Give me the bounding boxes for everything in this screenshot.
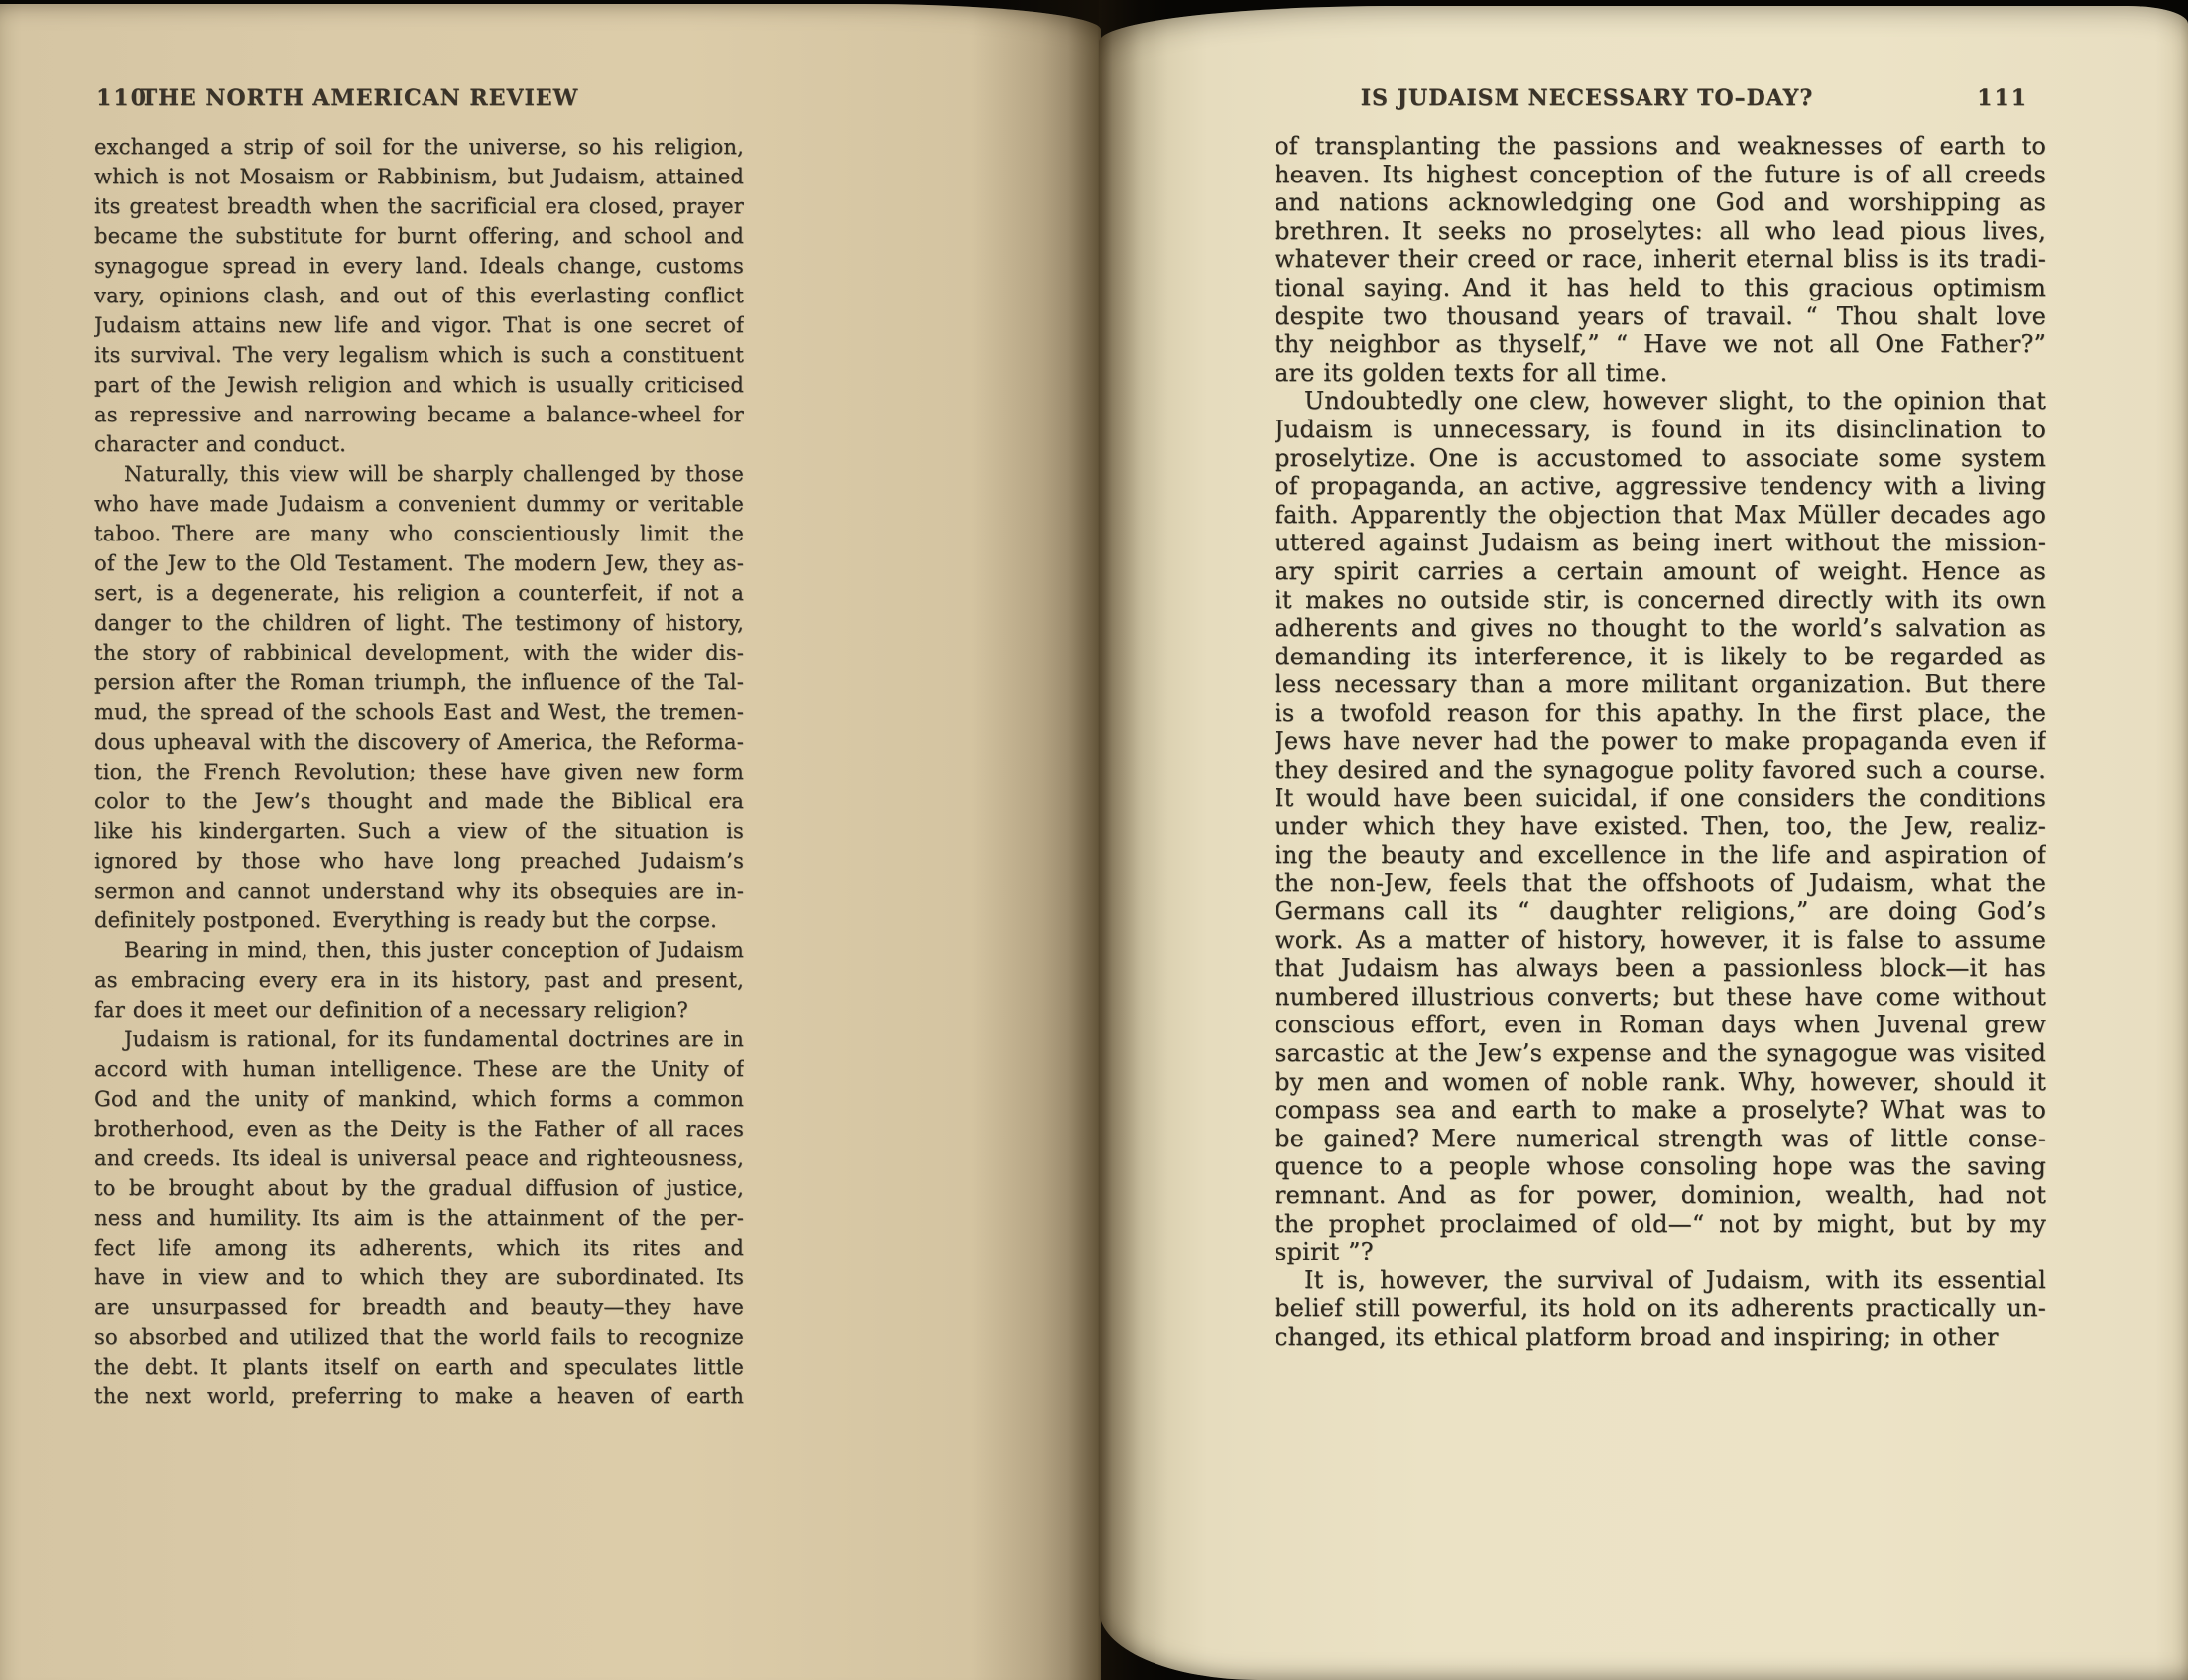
- text-line: despite two thousand years of travail. “…: [1275, 302, 2046, 331]
- page-text-column-left: exchanged a strip of soil for the univer…: [94, 132, 744, 1411]
- text-line: as embracing every era in its history, p…: [94, 965, 744, 995]
- text-line: and creeds. Its ideal is universal peace…: [94, 1143, 744, 1173]
- text-line: Germans call its “ daughter religions,” …: [1275, 898, 2046, 926]
- text-line: ignored by those who have long preached …: [94, 846, 744, 876]
- text-line: work. As a matter of history, however, i…: [1275, 926, 2046, 955]
- text-line: less necessary than a more militant orga…: [1275, 670, 2046, 699]
- text-line: sert, is a degenerate, his religion a co…: [94, 578, 744, 608]
- text-line: demanding its interference, it is likely…: [1275, 643, 2046, 671]
- text-line: character and conduct.: [94, 429, 744, 459]
- text-line: Judaism is unnecessary, is found in its …: [1275, 416, 2046, 444]
- text-line: so absorbed and utilized that the world …: [94, 1322, 744, 1352]
- text-line: of transplanting the passions and weakne…: [1275, 132, 2046, 161]
- text-line: the prophet proclaimed of old—“ not by m…: [1275, 1210, 2046, 1239]
- text-line: brethren. It seeks no proselytes: all wh…: [1275, 217, 2046, 246]
- text-line: it makes no outside stir, is concerned d…: [1275, 586, 2046, 615]
- text-line: definitely postponed. Everything is read…: [94, 905, 744, 935]
- text-line: the story of rabbinical development, wit…: [94, 638, 744, 667]
- text-line: exchanged a strip of soil for the univer…: [94, 132, 744, 162]
- text-line: Judaism is rational, for its fundamental…: [94, 1024, 744, 1054]
- text-line: which is not Mosaism or Rabbinism, but J…: [94, 162, 744, 191]
- text-line: compass sea and earth to make a proselyt…: [1275, 1096, 2046, 1125]
- text-line: ness and humility. Its aim is the attain…: [94, 1203, 744, 1233]
- text-line: its greatest breadth when the sacrificia…: [94, 191, 744, 221]
- text-line: danger to the children of light. The tes…: [94, 608, 744, 638]
- text-line: It would have been suicidal, if one cons…: [1275, 784, 2046, 813]
- text-line: faith. Apparently the objection that Max…: [1275, 501, 2046, 530]
- book-page-left: 110 THE NORTH AMERICAN REVIEW exchanged …: [0, 4, 1101, 1680]
- text-line: Jews have never had the power to make pr…: [1275, 727, 2046, 756]
- text-line: quence to a people whose consoling hope …: [1275, 1152, 2046, 1181]
- text-line: synagogue spread in every land. Ideals c…: [94, 251, 744, 281]
- text-line: are unsurpassed for breadth and beauty—t…: [94, 1292, 744, 1322]
- text-line: dous upheaval with the discovery of Amer…: [94, 727, 744, 757]
- text-line: to be brought about by the gradual diffu…: [94, 1173, 744, 1203]
- page-text-column-right: of transplanting the passions and weakne…: [1275, 132, 2046, 1352]
- text-line: Bearing in mind, then, this juster conce…: [94, 935, 744, 965]
- text-line: persion after the Roman triumph, the inf…: [94, 667, 744, 697]
- book-spread-photo: 110 THE NORTH AMERICAN REVIEW exchanged …: [0, 0, 2188, 1680]
- running-head-right: IS JUDAISM NECESSARY TO–DAY?: [1201, 85, 1973, 111]
- text-line: ing the beauty and excellence in the lif…: [1275, 841, 2046, 870]
- text-line: of the Jew to the Old Testament. The mod…: [94, 548, 744, 578]
- text-line: changed, its ethical platform broad and …: [1275, 1323, 2046, 1352]
- page-number-right: 111: [1977, 85, 2028, 111]
- text-line: its survival. The very legalism which is…: [94, 340, 744, 370]
- book-page-right: IS JUDAISM NECESSARY TO–DAY? 111 of tran…: [1099, 6, 2188, 1680]
- text-line: It is, however, the survival of Judaism,…: [1275, 1266, 2046, 1295]
- text-line: is a twofold reason for this apathy. In …: [1275, 699, 2046, 728]
- text-line: have in view and to which they are subor…: [94, 1262, 744, 1292]
- text-line: God and the unity of mankind, which form…: [94, 1084, 744, 1114]
- text-line: mud, the spread of the schools East and …: [94, 697, 744, 727]
- text-line: and nations acknowledging one God and wo…: [1275, 188, 2046, 217]
- text-line: brotherhood, even as the Deity is the Fa…: [94, 1114, 744, 1143]
- text-line: Judaism attains new life and vigor. That…: [94, 310, 744, 340]
- text-line: whatever their creed or race, inherit et…: [1275, 245, 2046, 274]
- text-line: they desired and the synagogue polity fa…: [1275, 756, 2046, 784]
- text-line: of propaganda, an active, aggressive ten…: [1275, 472, 2046, 501]
- text-line: heaven. Its highest conception of the fu…: [1275, 161, 2046, 189]
- text-line: spirit ”?: [1275, 1238, 2046, 1266]
- text-line: Naturally, this view will be sharply cha…: [94, 459, 744, 489]
- text-line: numbered illustrious converts; but these…: [1275, 983, 2046, 1012]
- text-line: proselytize. One is accustomed to associ…: [1275, 444, 2046, 473]
- text-line: color to the Jew’s thought and made the …: [94, 786, 744, 816]
- text-line: conscious effort, even in Roman days whe…: [1275, 1011, 2046, 1039]
- text-line: tion, the French Revolution; these have …: [94, 757, 744, 786]
- text-line: as repressive and narrowing became a bal…: [94, 400, 744, 429]
- text-line: fect life among its adherents, which its…: [94, 1233, 744, 1262]
- text-line: vary, opinions clash, and out of this ev…: [94, 281, 744, 310]
- text-line: uttered against Judaism as being inert w…: [1275, 529, 2046, 557]
- text-line: thy neighbor as thyself,” “ Have we not …: [1275, 330, 2046, 359]
- text-line: tional saying. And it has held to this g…: [1275, 274, 2046, 302]
- left-page-header: 110 THE NORTH AMERICAN REVIEW: [94, 85, 744, 111]
- text-line: became the substitute for burnt offering…: [94, 221, 744, 251]
- text-line: that Judaism has always been a passionle…: [1275, 954, 2046, 983]
- text-line: by men and women of noble rank. Why, how…: [1275, 1068, 2046, 1097]
- text-line: ary spirit carries a certain amount of w…: [1275, 557, 2046, 586]
- text-line: far does it meet our definition of a nec…: [94, 995, 744, 1024]
- text-line: taboo. There are many who conscientiousl…: [94, 519, 744, 548]
- text-line: the debt. It plants itself on earth and …: [94, 1352, 744, 1381]
- text-line: remnant. And as for power, dominion, wea…: [1275, 1181, 2046, 1210]
- text-line: who have made Judaism a convenient dummy…: [94, 489, 744, 519]
- running-head-left: THE NORTH AMERICAN REVIEW: [35, 85, 684, 111]
- text-line: sermon and cannot understand why its obs…: [94, 876, 744, 905]
- right-page-header: IS JUDAISM NECESSARY TO–DAY? 111: [1275, 85, 2046, 111]
- text-line: be gained? Mere numerical strength was o…: [1275, 1125, 2046, 1153]
- text-line: accord with human intelligence. These ar…: [94, 1054, 744, 1084]
- text-line: adherents and gives no thought to the wo…: [1275, 614, 2046, 643]
- text-line: sarcastic at the Jew’s expense and the s…: [1275, 1039, 2046, 1068]
- text-line: under which they have existed. Then, too…: [1275, 812, 2046, 841]
- text-line: the non-Jew, feels that the offshoots of…: [1275, 869, 2046, 898]
- text-line: the next world, preferring to make a hea…: [94, 1381, 744, 1411]
- text-line: are its golden texts for all time.: [1275, 359, 2046, 388]
- text-line: like his kindergarten. Such a view of th…: [94, 816, 744, 846]
- text-line: Undoubtedly one clew, however slight, to…: [1275, 387, 2046, 416]
- text-line: belief still powerful, its hold on its a…: [1275, 1294, 2046, 1323]
- text-line: part of the Jewish religion and which is…: [94, 370, 744, 400]
